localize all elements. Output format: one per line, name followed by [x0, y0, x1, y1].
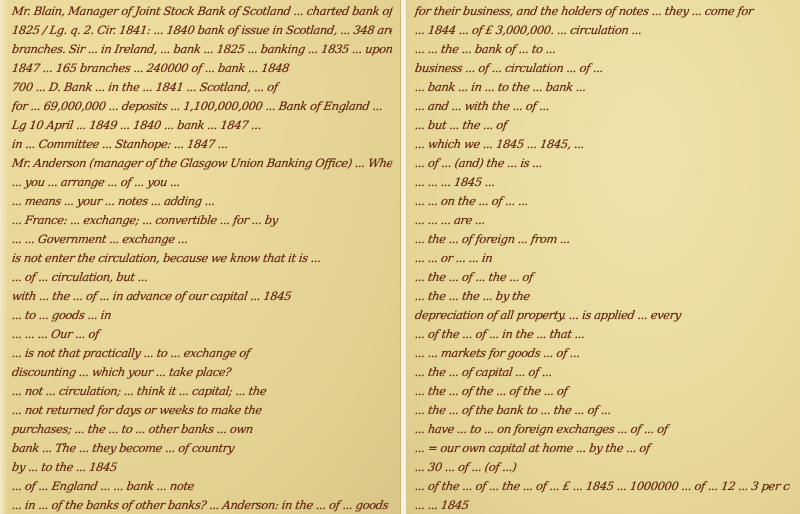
manuscript-line: discounting ... which your ... take plac… [11, 363, 394, 382]
manuscript-line: ... ... the ... bank of ... to ... [414, 40, 792, 59]
manuscript-line: business ... of ... circulation ... of .… [414, 59, 792, 78]
manuscript-line: in ... Committee ... Stanhope: ... 1847 … [11, 135, 394, 154]
manuscript-line: ... you ... arrange ... of ... you ... [11, 173, 394, 192]
manuscript-line: ... ... on the ... of ... ... [414, 192, 792, 211]
manuscript-line: ... 1844 ... of £ 3,000,000. ... circula… [414, 21, 792, 40]
manuscript-line: ... of ... England ... ... bank ... note [11, 477, 394, 496]
manuscript-line: ... the ... of capital ... of ... [414, 363, 792, 382]
manuscript-line: ... ... ... Our ... of [11, 325, 394, 344]
manuscript-line: ... 30 ... of ... (of ...) [414, 458, 792, 477]
manuscript-line: 1825 / Lg. q. 2. Cir. 1841: ... 1840 ban… [11, 21, 394, 40]
manuscript-line: bank ... The ... they become ... of coun… [11, 439, 394, 458]
manuscript-line: ... which we ... 1845 ... 1845, ... [414, 135, 792, 154]
manuscript-line: by ... to the ... 1845 [11, 458, 394, 477]
manuscript-line: ... the ... the ... by the [414, 287, 792, 306]
manuscript-line: ... ... ... 1845 ... [414, 173, 792, 192]
manuscript-line: ... in ... of the banks of other banks? … [11, 496, 394, 514]
manuscript-line: ... not ... circulation; ... think it ..… [11, 382, 394, 401]
manuscript-line: ... of the ... of ... the ... of ... £ .… [414, 477, 792, 496]
manuscript-line: Mr. Anderson (manager of the Glasgow Uni… [11, 154, 394, 173]
manuscript-line: ... the ... of the ... of the ... of [414, 382, 792, 401]
manuscript-line: ... = our own capital at home ... by the… [414, 439, 792, 458]
manuscript-line: ... ... Government ... exchange ... [11, 230, 394, 249]
manuscript-line: Mr. Blain, Manager of Joint Stock Bank o… [11, 2, 394, 21]
manuscript-line: ... of ... (and) the ... is ... [414, 154, 792, 173]
manuscript-line: ... the ... of foreign ... from ... [414, 230, 792, 249]
right-page-lines: for their business, and the holders of n… [415, 2, 790, 514]
right-page: for their business, and the holders of n… [406, 0, 800, 514]
manuscript-line: ... not returned for days or weeks to ma… [11, 401, 394, 420]
manuscript-line: ... ... markets for goods ... of ... [414, 344, 792, 363]
manuscript-line: is not enter the circulation, because we… [11, 249, 394, 268]
manuscript-line: ... ... ... are ... [414, 211, 792, 230]
manuscript-line: ... ... or ... ... in [414, 249, 792, 268]
manuscript-line: Lg 10 April ... 1849 ... 1840 ... bank .… [11, 116, 394, 135]
manuscript-line: 700 ... D. Bank ... in the ... 1841 ... … [11, 78, 394, 97]
manuscript-line: branches. Sir ... in Ireland, ... bank .… [11, 40, 394, 59]
manuscript-line: ... ... 1845 [414, 496, 792, 514]
manuscript-line: for ... 69,000,000 ... deposits ... 1,10… [11, 97, 394, 116]
left-page-lines: Mr. Blain, Manager of Joint Stock Bank o… [12, 2, 392, 514]
manuscript-spread: Mr. Blain, Manager of Joint Stock Bank o… [0, 0, 800, 514]
manuscript-line: purchases; ... the ... to ... other bank… [11, 420, 394, 439]
manuscript-line: ... but ... the ... of [414, 116, 792, 135]
manuscript-line: ... means ... your ... notes ... adding … [11, 192, 394, 211]
manuscript-line: ... of ... circulation, but ... [11, 268, 394, 287]
manuscript-line: 1847 ... 165 branches ... 240000 of ... … [11, 59, 394, 78]
manuscript-line: for their business, and the holders of n… [414, 2, 792, 21]
manuscript-line: ... France: ... exchange; ... convertibl… [11, 211, 394, 230]
manuscript-line: depreciation of all property. ... is app… [414, 306, 792, 325]
manuscript-line: ... of the ... of ... in the ... that ..… [414, 325, 792, 344]
left-page: Mr. Blain, Manager of Joint Stock Bank o… [0, 0, 401, 514]
manuscript-line: ... bank ... in ... to the ... bank ... [414, 78, 792, 97]
manuscript-line: ... and ... with the ... of ... [414, 97, 792, 116]
manuscript-line: ... the ... of ... the ... of [414, 268, 792, 287]
manuscript-line: ... have ... to ... on foreign exchanges… [414, 420, 792, 439]
manuscript-line: with ... the ... of ... in advance of ou… [11, 287, 394, 306]
manuscript-line: ... is not that practically ... to ... e… [11, 344, 394, 363]
manuscript-line: ... to ... goods ... in [11, 306, 394, 325]
manuscript-line: ... the ... of the bank to ... the ... o… [414, 401, 792, 420]
